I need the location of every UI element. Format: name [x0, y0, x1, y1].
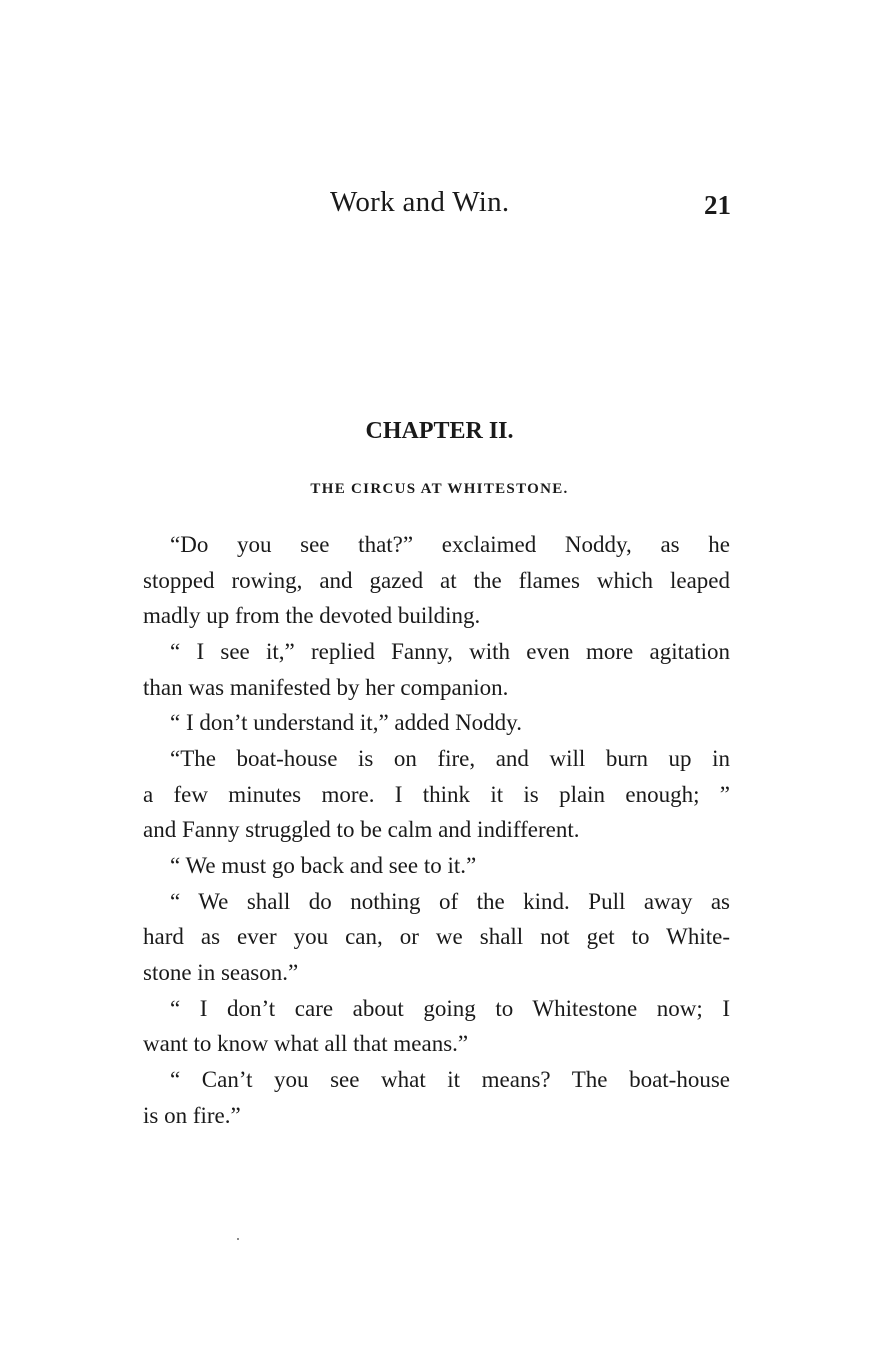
print-speck: [237, 1238, 239, 1240]
text-line: “ I don’t care about going to Whitestone…: [170, 995, 730, 1023]
text-line: “Do you see that?” exclaimed Noddy, as h…: [170, 531, 730, 559]
running-title: Work and Win.: [330, 186, 509, 219]
text-line: “ Can’t you see what it means? The boat-…: [170, 1066, 730, 1094]
chapter-subtitle-text: THE CIRCUS AT WHITESTONE.: [310, 481, 568, 497]
text-line: stone in season.”: [143, 959, 730, 987]
text-line: hard as ever you can, or we shall not ge…: [143, 923, 730, 951]
text-line: “ We must go back and see to it.”: [170, 852, 730, 880]
text-line: a few minutes more. I think it is plain …: [143, 781, 730, 809]
text-line: is on fire.”: [143, 1102, 730, 1130]
text-line: madly up from the devoted building.: [143, 602, 730, 630]
text-line: stopped rowing, and gazed at the flames …: [143, 567, 730, 595]
chapter-subtitle: THE CIRCUS AT WHITESTONE.: [0, 481, 883, 498]
text-line: want to know what all that means.”: [143, 1030, 730, 1058]
text-line: than was manifested by her companion.: [143, 674, 730, 702]
text-line: “The boat-house is on fire, and will bur…: [170, 745, 730, 773]
text-line: and Fanny struggled to be calm and indif…: [143, 816, 730, 844]
chapter-title: CHAPTER II.: [0, 418, 883, 445]
text-line: “ We shall do nothing of the kind. Pull …: [170, 888, 730, 916]
page-number: 21: [704, 190, 731, 221]
book-page: Work and Win. 21 CHAPTER II. THE CIRCUS …: [0, 0, 883, 1360]
chapter-title-text: CHAPTER II.: [365, 418, 513, 444]
text-line: “ I see it,” replied Fanny, with even mo…: [170, 638, 730, 666]
text-line: “ I don’t understand it,” added Noddy.: [170, 709, 730, 737]
